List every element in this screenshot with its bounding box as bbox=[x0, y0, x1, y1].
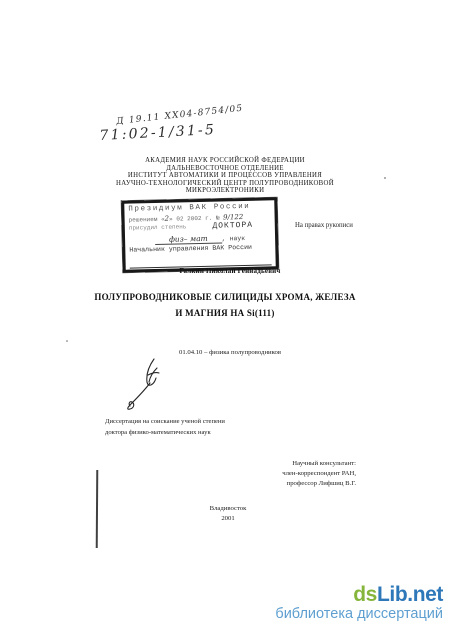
stamp-field-line: физ– мат, наук bbox=[129, 232, 271, 244]
consultant-block: Научный консультант: член-корреспондент … bbox=[206, 459, 356, 489]
stamp-degree-word: ДОКТОРА bbox=[212, 221, 253, 231]
dissertation-line-2: доктора физико-математических наук bbox=[105, 428, 225, 439]
manuscript-rights-note: На правах рукописи bbox=[295, 222, 353, 229]
dslib-logo[interactable]: dsLib.net bbox=[275, 584, 443, 606]
author-name: Галкин Николай Геннадьевич bbox=[115, 267, 345, 275]
handwritten-signature bbox=[121, 356, 169, 410]
dissertation-line-1: Диссертация на соискание ученой степени bbox=[105, 417, 225, 428]
dissertation-title: ПОЛУПРОВОДНИКОВЫЕ СИЛИЦИДЫ ХРОМА, ЖЕЛЕЗА… bbox=[40, 290, 410, 321]
city: Владивосток bbox=[148, 504, 308, 514]
consultant-rank: член-корреспондент РАН, bbox=[206, 469, 356, 479]
specialty-code: 01.04.10 – физика полупроводников bbox=[115, 349, 345, 356]
scan-artifact-streak bbox=[96, 470, 98, 548]
scanned-title-page: Д 19.11 ХХ04-8754/05 71:02-1/31-5 АКАДЕМ… bbox=[0, 0, 450, 636]
consultant-label: Научный консультант: bbox=[206, 459, 356, 469]
stamp-official-line: Начальник управления ВАК России bbox=[129, 243, 271, 253]
dslib-subtitle: библиотека диссертаций bbox=[275, 606, 443, 622]
header-line-microelectronics: МИКРОЭЛЕКТРОНИКИ bbox=[50, 187, 400, 195]
dslib-logo-libnet: Lib.net bbox=[377, 583, 443, 606]
scan-artifact-speck bbox=[66, 340, 68, 342]
stamp-handwritten-field: физ– мат bbox=[155, 234, 222, 246]
header-line-institute: ИНСТИТУТ АВТОМАТИКИ И ПРОЦЕССОВ УПРАВЛЕН… bbox=[50, 172, 400, 180]
header-line-academy: АКАДЕМИЯ НАУК РОССИЙСКОЙ ФЕДЕРАЦИИ bbox=[50, 157, 400, 165]
institution-header: АКАДЕМИЯ НАУК РОССИЙСКОЙ ФЕДЕРАЦИИ ДАЛЬН… bbox=[50, 157, 400, 195]
header-line-center: НАУЧНО-ТЕХНОЛОГИЧЕСКИЙ ЦЕНТР ПОЛУПРОВОДН… bbox=[50, 180, 400, 188]
consultant-name: профессор Лифшиц В.Г. bbox=[206, 479, 356, 489]
title-line-2: И МАГНИЯ НА Si(111) bbox=[40, 306, 410, 322]
scan-artifact-speck bbox=[384, 177, 386, 179]
title-line-1: ПОЛУПРОВОДНИКОВЫЕ СИЛИЦИДЫ ХРОМА, ЖЕЛЕЗА bbox=[40, 290, 410, 306]
dslib-logo-ds: ds bbox=[353, 583, 377, 606]
year: 2001 bbox=[148, 514, 308, 524]
stamp-degree-line: присудил степеньДОКТОРА bbox=[129, 220, 271, 232]
dslib-watermark: dsLib.net библиотека диссертаций bbox=[275, 584, 443, 622]
dissertation-note: Диссертация на соискание ученой степени … bbox=[105, 417, 225, 438]
city-year-block: Владивосток 2001 bbox=[148, 504, 308, 524]
header-line-branch: ДАЛЬНЕВОСТОЧНОЕ ОТДЕЛЕНИЕ bbox=[50, 165, 400, 173]
vak-approval-stamp: Президиум ВАК России решением «2» 02 200… bbox=[121, 197, 279, 273]
